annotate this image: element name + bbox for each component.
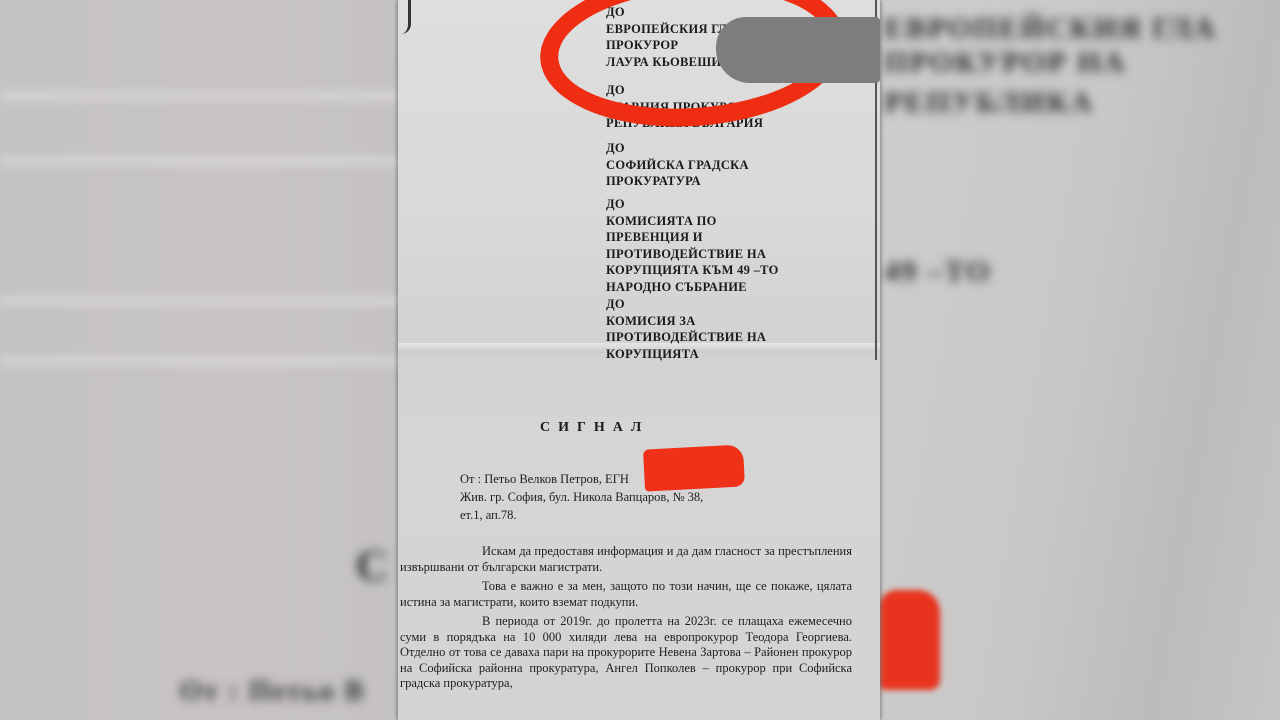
recipient-to: ДО — [606, 140, 749, 157]
page-corner — [398, 0, 411, 34]
document-body: Искам да предоставя информация и да дам … — [400, 544, 852, 696]
recipient-line: ПРОТИВОДЕЙСТВИЕ НА — [606, 246, 779, 263]
recipient-line: ПРОКУРАТУРА — [606, 173, 749, 190]
blurred-text: С — [356, 540, 390, 591]
recipient-block-3: ДО СОФИЙСКА ГРАДСКА ПРОКУРАТУРА — [606, 140, 749, 190]
background-right-panel: ЕВРОПЕЙСКИЯ ГЛА ПРОКУРОР НА РЕПУБЛИКА 49… — [880, 0, 1280, 720]
recipient-line: СОФИЙСКА ГРАДСКА — [606, 157, 749, 174]
blurred-text: ПРОКУРОР НА — [884, 46, 1126, 80]
recipient-block-5: ДО КОМИСИЯ ЗА ПРОТИВОДЕЙСТВИЕ НА КОРУПЦИ… — [606, 296, 766, 362]
blurred-text: ЕВРОПЕЙСКИЯ ГЛА — [884, 12, 1217, 46]
blurred-text: РЕПУБЛИКА — [884, 86, 1094, 120]
body-paragraph: Това е важно е за мен, защото по този на… — [400, 579, 852, 610]
recipient-line: КОРУПЦИЯТА КЪМ 49 –ТО — [606, 262, 779, 279]
recipient-to: ДО — [606, 296, 766, 313]
recipient-to: ДО — [606, 196, 779, 213]
blurred-red-mark — [880, 590, 940, 690]
blurred-text: От : Петьо В — [180, 676, 365, 708]
blurred-text: 49 –ТО — [884, 255, 991, 289]
gray-redaction-mark — [716, 17, 880, 83]
recipient-block-4: ДО КОМИСИЯТА ПО ПРЕВЕНЦИЯ И ПРОТИВОДЕЙСТ… — [606, 196, 779, 296]
body-paragraph: В периода от 2019г. до пролетта на 2023г… — [400, 614, 852, 692]
recipient-line: ПРОТИВОДЕЙСТВИЕ НА — [606, 329, 766, 346]
recipient-line: КОМИСИЯТА ПО — [606, 213, 779, 230]
red-redaction-mark — [643, 444, 745, 491]
background-band — [0, 90, 400, 102]
document-title: СИГНАЛ — [540, 420, 649, 436]
sender-apartment: ет.1, ап.78. — [460, 506, 703, 524]
recipient-line: ПРЕВЕНЦИЯ И — [606, 229, 779, 246]
recipient-line: КОРУПЦИЯТА — [606, 346, 766, 363]
sender-address: Жив. гр. София, бул. Никола Вапцаров, № … — [460, 488, 703, 506]
recipient-line: КОМИСИЯ ЗА — [606, 313, 766, 330]
document-page: ДО ЕВРОПЕЙСКИЯ ГЛАВЕН ПРОКУРОР ЛАУРА КЬО… — [398, 0, 880, 720]
body-paragraph: Искам да предоставя информация и да дам … — [400, 544, 852, 575]
background-band — [0, 155, 400, 167]
recipient-line: НАРОДНО СЪБРАНИЕ — [606, 279, 779, 296]
